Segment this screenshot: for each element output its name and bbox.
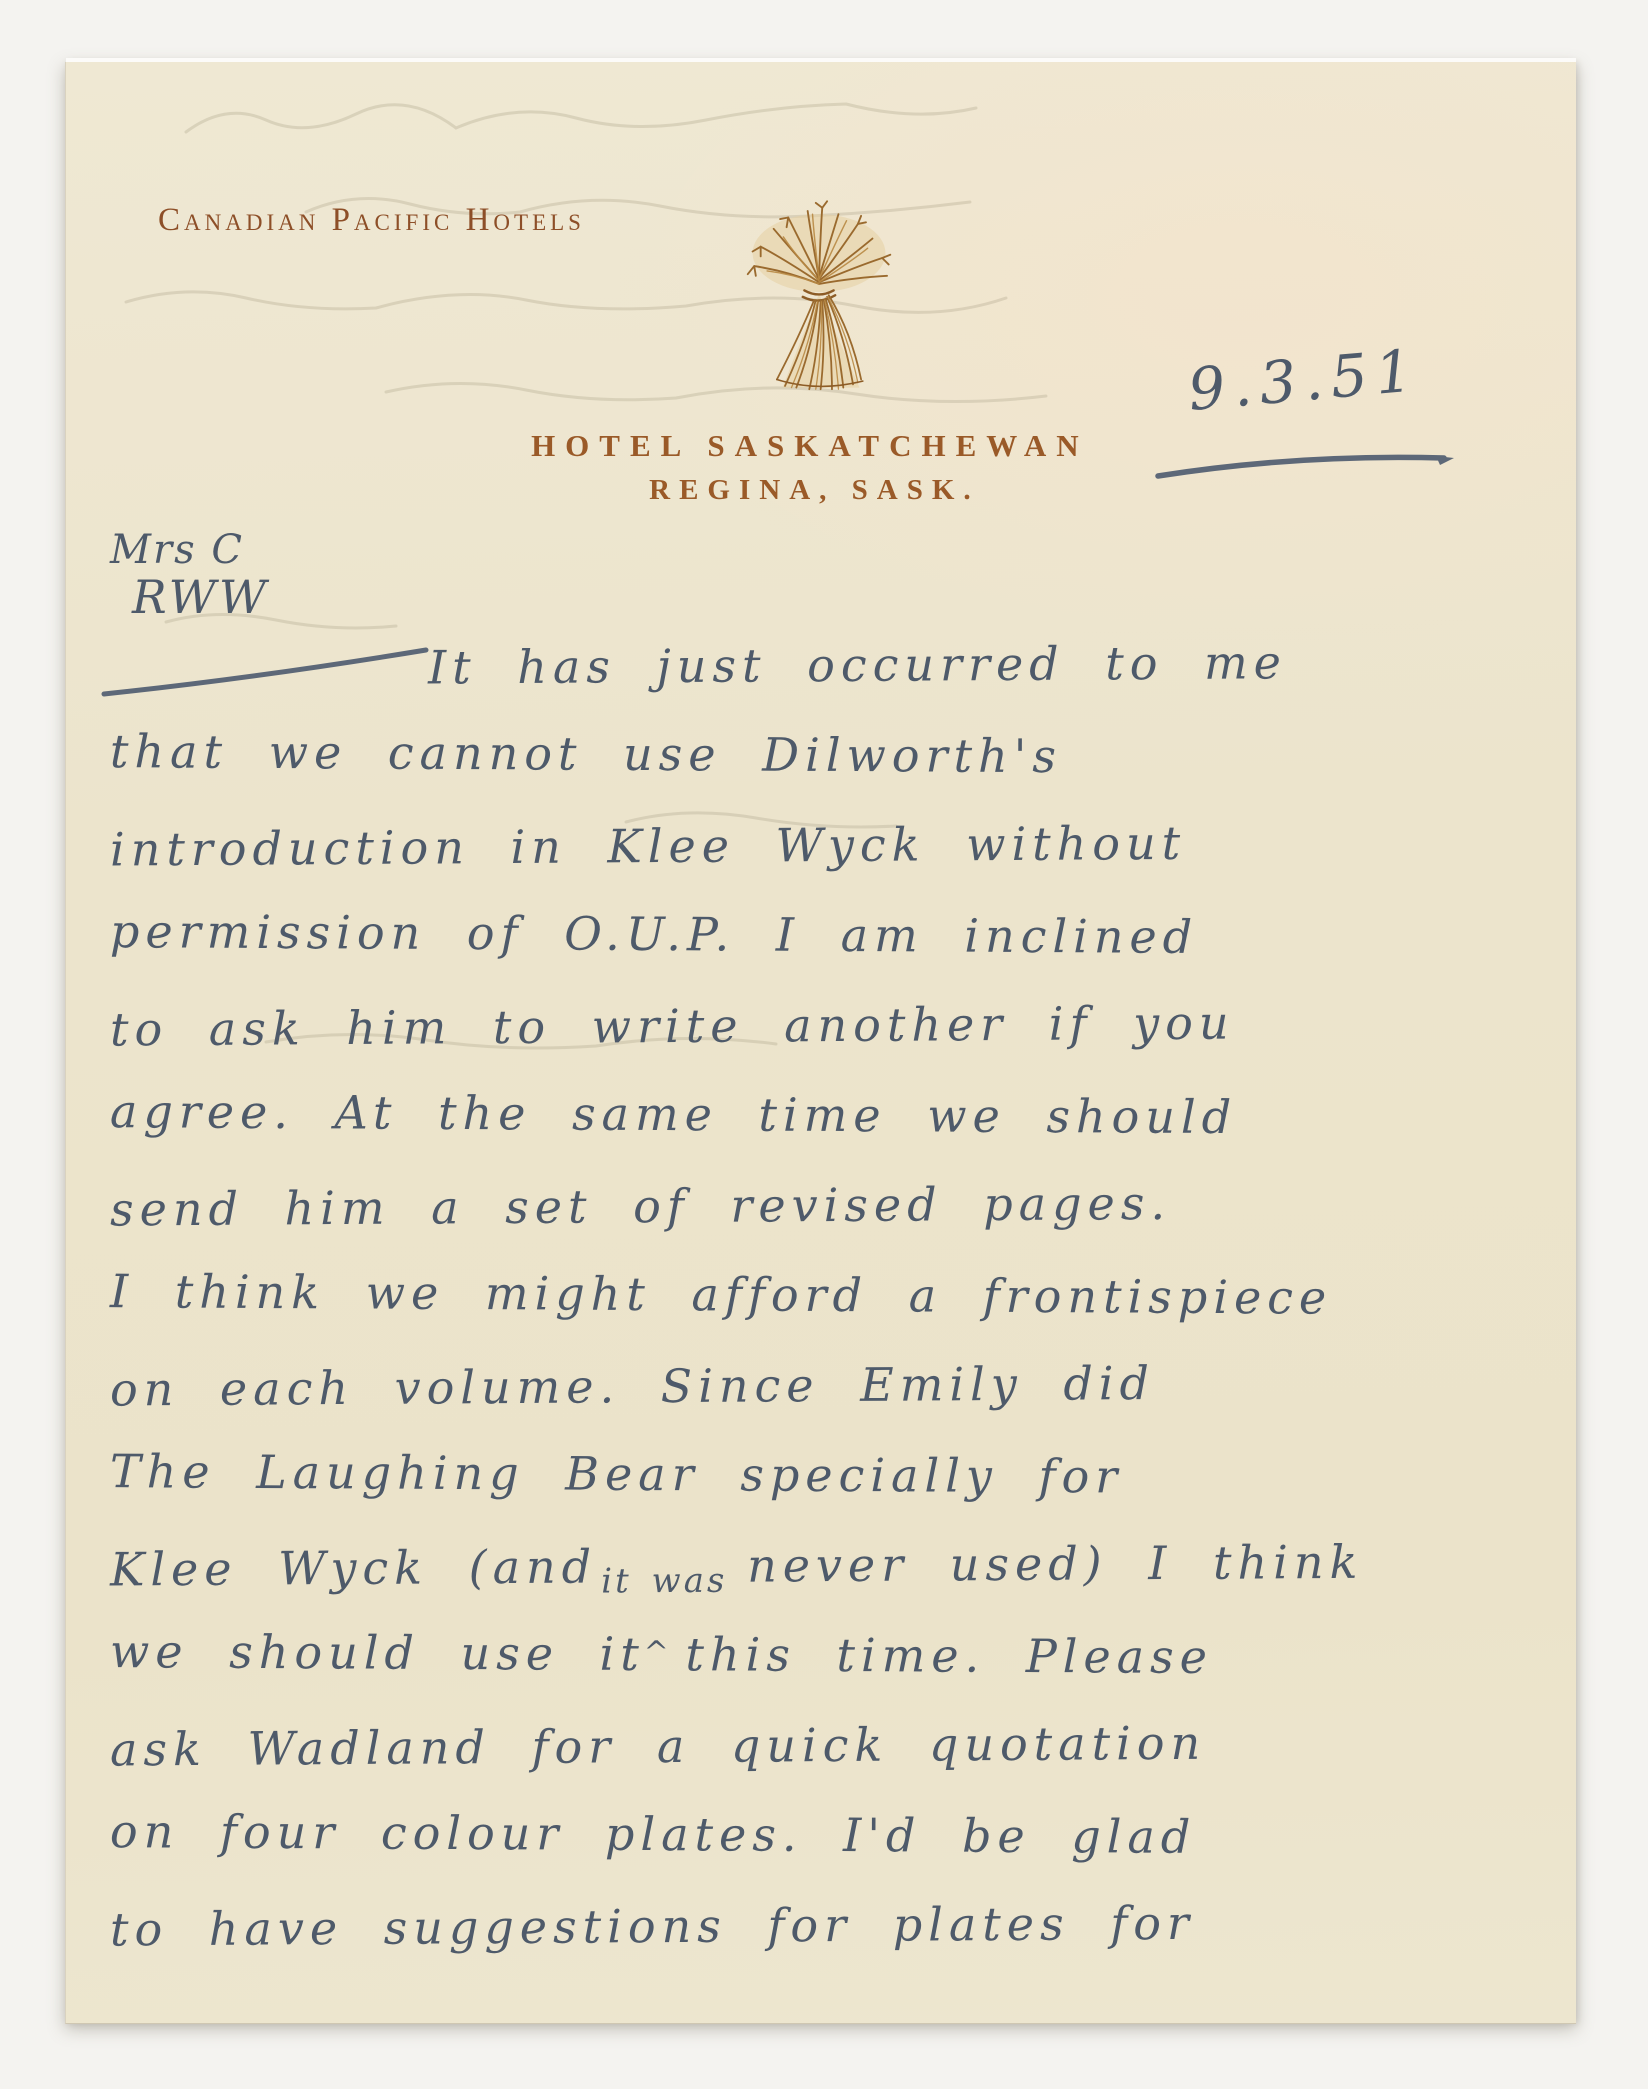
salutation-line2: RWW (132, 572, 269, 623)
letter-line: to ask him to write another if you (110, 976, 1571, 1075)
letterhead-hotel-name: HOTEL SASKATCHEWAN (531, 428, 1089, 464)
letter-line: The Laughing Bear specially for (110, 1426, 1570, 1524)
letter-line: to have suggestions for plates for (110, 1876, 1571, 1975)
letter-line: It has just occurred to me (110, 616, 1571, 715)
letter-line: on each volume. Since Emily did (110, 1336, 1571, 1435)
letter-line: ask Wadland for a quick quotation (110, 1696, 1571, 1795)
line-segment-post: never used) I think (747, 1535, 1364, 1593)
letter-line: permission of O.U.P. I am inclined (110, 886, 1570, 984)
letterhead-location: REGINA, SASK. (649, 474, 980, 507)
letter-page: Canadian Pacific Hotels (65, 62, 1576, 2024)
salutation: Mrs C RWW (110, 528, 269, 623)
letter-line: send him a set of revised pages. (110, 1156, 1571, 1255)
letter-line: I think we might afford a frontispiece (110, 1246, 1570, 1344)
letter-line: agree. At the same time we should (110, 1066, 1570, 1164)
letter-line: introduction in Klee Wyck without (110, 796, 1571, 895)
date-underline-stroke (1148, 440, 1478, 484)
letter-line: that we cannot use Dilworth's (110, 706, 1570, 804)
inserted-word: it was^ (597, 1582, 747, 1583)
letter-line: on four colour plates. I'd be glad (110, 1786, 1570, 1884)
line-segment-pre: Klee Wyck (and (110, 1539, 597, 1596)
wheat-sheaf-icon (738, 178, 900, 406)
letter-body: It has just occurred to me that we canno… (110, 620, 1570, 1970)
letter-line: we should use it this time. Please (110, 1606, 1570, 1704)
letterhead-brand: Canadian Pacific Hotels (158, 202, 585, 239)
handwritten-date: 9.3.51 (1185, 336, 1423, 424)
letter-line-with-insertion: Klee Wyck (andit was^never used) I think (110, 1516, 1571, 1615)
salutation-line1: Mrs C (110, 528, 269, 572)
scanned-letter: Canadian Pacific Hotels (0, 0, 1648, 2089)
